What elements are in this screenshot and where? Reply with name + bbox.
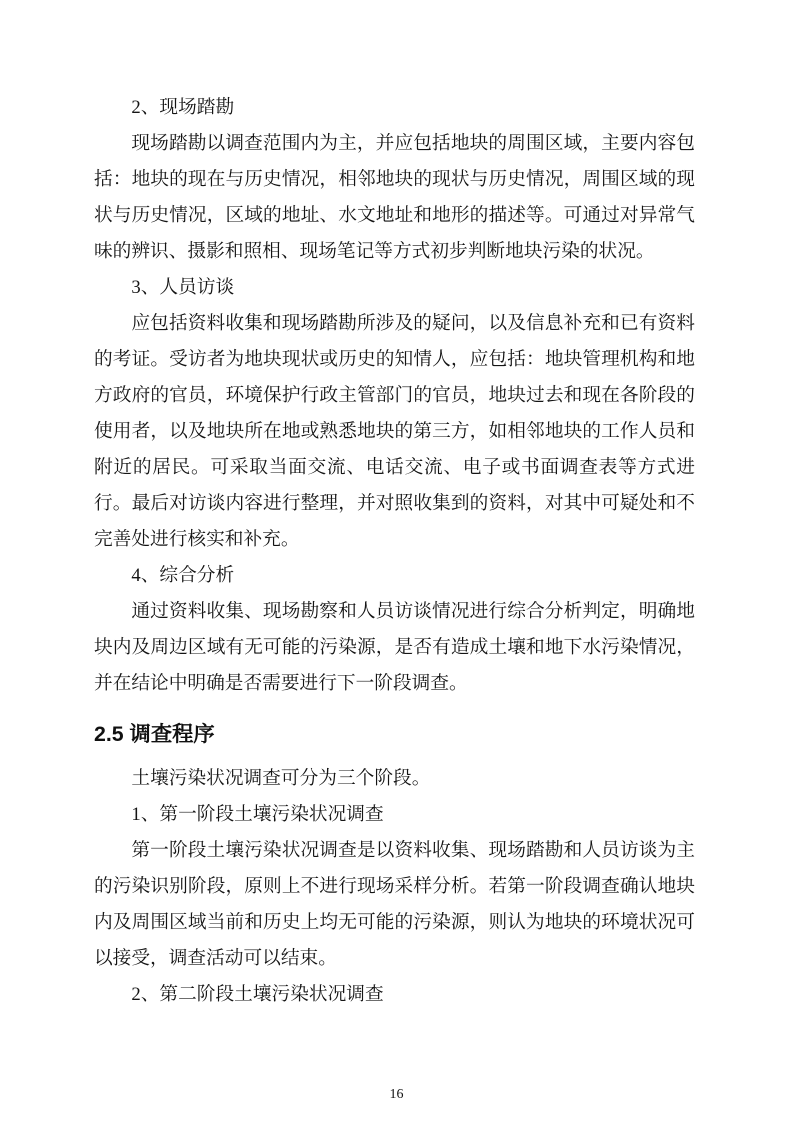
body-paragraph: 应包括资料收集和现场踏勘所涉及的疑问，以及信息补充和已有资料的考证。受访者为地块… bbox=[94, 306, 695, 558]
section-heading: 2.5 调查程序 bbox=[94, 716, 695, 752]
document-page: 2、现场踏勘现场踏勘以调查范围内为主，并应包括地块的周围区域，主要内容包括：地块… bbox=[0, 0, 793, 1122]
body-paragraph: 土壤污染状况调查可分为三个阶段。 bbox=[94, 761, 695, 797]
body-paragraph: 通过资料收集、现场勘察和人员访谈情况进行综合分析判定，明确地块内及周边区域有无可… bbox=[94, 594, 695, 702]
body-paragraph: 第一阶段土壤污染状况调查是以资料收集、现场踏勘和人员访谈为主的污染识别阶段，原则… bbox=[94, 833, 695, 977]
list-item-title: 4、综合分析 bbox=[94, 558, 695, 594]
page-footer: 16 bbox=[0, 1086, 793, 1104]
list-item-title: 3、人员访谈 bbox=[94, 270, 695, 306]
body-paragraph: 现场踏勘以调查范围内为主，并应包括地块的周围区域，主要内容包括：地块的现在与历史… bbox=[94, 126, 695, 270]
list-item-title: 1、第一阶段土壤污染状况调查 bbox=[94, 797, 695, 833]
document-body: 2、现场踏勘现场踏勘以调查范围内为主，并应包括地块的周围区域，主要内容包括：地块… bbox=[94, 90, 695, 1013]
list-item-title: 2、现场踏勘 bbox=[94, 90, 695, 126]
page-number: 16 bbox=[390, 1087, 404, 1102]
list-item-title: 2、第二阶段土壤污染状况调查 bbox=[94, 977, 695, 1013]
